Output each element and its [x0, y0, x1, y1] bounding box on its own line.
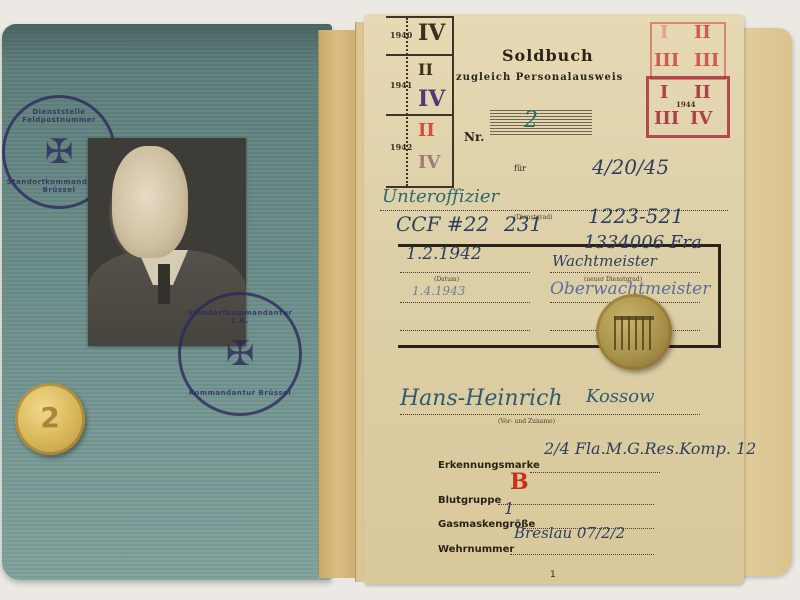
- quarter-mark: IV: [418, 86, 445, 112]
- red-quarter-stamp: I II III III I II III IV 1944: [646, 20, 726, 132]
- quarter-mark: IV: [418, 20, 445, 46]
- year-label: 1941: [390, 80, 412, 90]
- last-name: Kossow: [586, 386, 655, 407]
- dotted-line: [510, 554, 654, 555]
- dotted-line: [550, 272, 700, 273]
- red-stamp-year: 1944: [676, 100, 695, 109]
- red-stamp-cell: II: [694, 82, 711, 103]
- dotted-line: [400, 272, 530, 273]
- code-2: 231: [504, 212, 542, 236]
- quarter-mark: IV: [418, 152, 440, 173]
- quarter-mark: II: [418, 60, 433, 79]
- field-value-wehrnummer: Breslau 07/2/2: [514, 524, 625, 542]
- stamp-top-text: Dienststelle Feldpostnummer: [5, 108, 113, 124]
- red-stamp-cell: IV: [690, 108, 712, 129]
- field-value-gasmaskengroesse: 1: [504, 499, 514, 518]
- coin-right: [596, 294, 672, 370]
- date-caption: (Datum): [434, 276, 459, 283]
- dotted-line: [400, 302, 530, 303]
- nr-label: Nr.: [464, 130, 484, 144]
- dotted-line: [530, 472, 660, 473]
- field-value-erkennungsmarke: 2/4 Fla.M.G.Res.Komp. 12: [544, 439, 756, 458]
- quarter-mark: II: [418, 120, 435, 141]
- red-stamp-cell: III: [654, 50, 679, 71]
- fuer-value: 4/20/45: [592, 155, 669, 179]
- photo-tie: [158, 264, 170, 304]
- photo-head: [112, 146, 188, 258]
- soldbuch-page: 1940 IV II 1941 IV II 1942 IV Soldbuch z…: [364, 14, 744, 584]
- promotion-date: 1.2.1942: [406, 244, 482, 264]
- field-value-blutgruppe: B: [510, 469, 529, 495]
- page-title: Soldbuch: [502, 46, 594, 65]
- red-stamp-cell: II: [694, 22, 711, 43]
- promotion-date: 1.4.1943: [412, 284, 465, 298]
- red-stamp-cell: III: [694, 50, 719, 71]
- stamp-bottom-text: Kommandantur Brüssel: [181, 389, 299, 397]
- year-grid-row: [386, 54, 452, 56]
- dotted-line: [400, 414, 700, 415]
- eagle-icon: ✠: [45, 135, 74, 169]
- promotion-note: 1334006 Fra: [584, 232, 702, 253]
- brandenburg-gate-icon: [614, 316, 654, 350]
- red-stamp-cell: I: [660, 22, 668, 43]
- field-label-wehrnummer: Wehrnummer: [438, 544, 514, 555]
- dotted-line: [400, 330, 530, 331]
- year-grid-row: [386, 114, 452, 116]
- code-3: 1223-521: [588, 204, 684, 228]
- year-grid: 1940 IV II 1941 IV II 1942 IV: [386, 16, 454, 188]
- year-label: 1942: [390, 142, 412, 152]
- coin-value: 2: [15, 401, 85, 434]
- dotted-line: [498, 504, 654, 505]
- stamp-top-text: Standortkommandantur L.R.: [181, 309, 299, 325]
- eagle-icon: ✠: [226, 337, 255, 371]
- promotion-rank: Wachtmeister: [552, 252, 657, 270]
- red-stamp-cell: I: [660, 82, 668, 103]
- nr-lines: [490, 110, 592, 136]
- fuer-label: für: [514, 164, 526, 173]
- page-number: 1: [550, 570, 556, 580]
- year-grid-dots: [406, 18, 408, 186]
- eagle-stamp-bottom: Standortkommandantur L.R. ✠ Kommandantur…: [178, 292, 302, 416]
- rank-value: Unteroffizier: [382, 186, 499, 207]
- name-caption: (Vor- und Zuname): [498, 418, 555, 425]
- first-name: Hans-Heinrich: [400, 386, 563, 411]
- red-stamp-cell: III: [654, 108, 679, 129]
- coin-left: 2: [15, 383, 85, 455]
- page-subtitle: zugleich Personalausweis: [456, 72, 623, 83]
- nr-value: 2: [524, 108, 538, 133]
- cover-shadow: [2, 24, 332, 64]
- year-label: 1940: [390, 30, 412, 40]
- field-label-blutgruppe: Blutgruppe: [438, 495, 501, 506]
- code-1: CCF #22: [396, 212, 489, 236]
